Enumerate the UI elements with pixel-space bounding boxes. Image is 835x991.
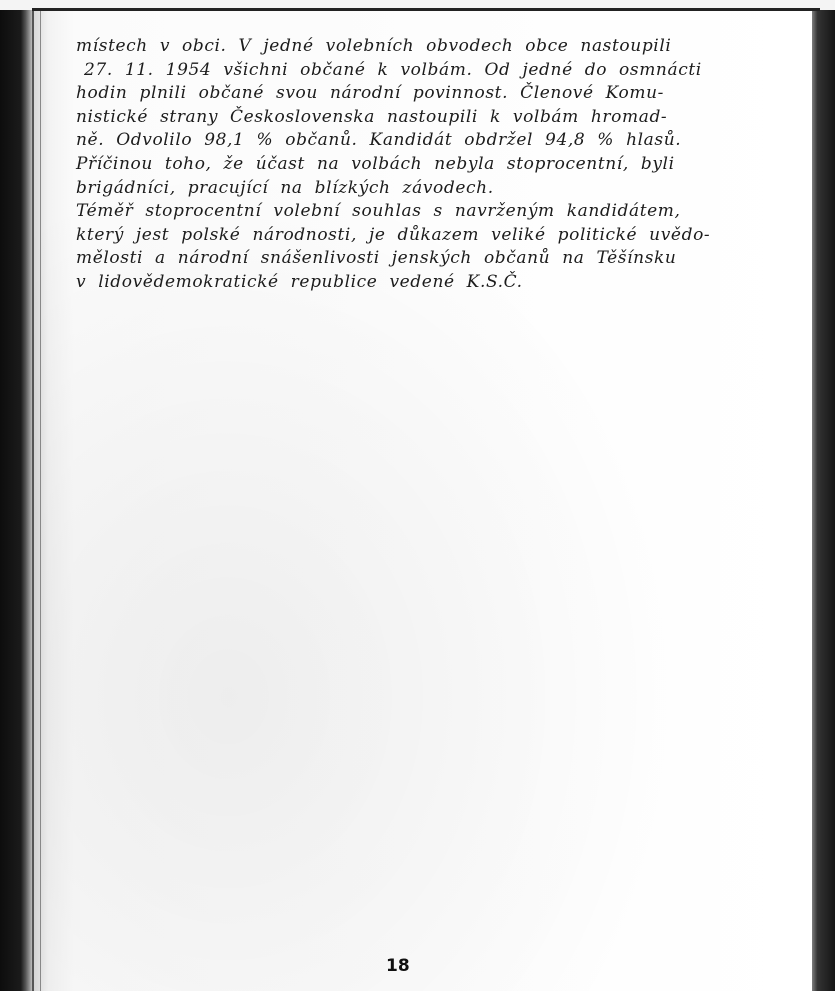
text-line: v lidovědemokratické republice vedené K.…: [76, 271, 776, 295]
book-binding-shadow: [0, 10, 32, 991]
handwritten-text: místech v obci. V jedné volebních obvode…: [76, 35, 776, 295]
notebook-page: místech v obci. V jedné volebních obvode…: [32, 11, 812, 991]
text-line: Příčinou toho, že účast na volbách nebyl…: [76, 153, 776, 177]
text-line: hodin plnili občané svou národní povinno…: [76, 82, 776, 106]
page-number: 18: [386, 956, 410, 976]
scanned-page-frame: místech v obci. V jedné volebních obvode…: [0, 0, 835, 991]
text-line: nistické strany Československa nastoupil…: [76, 106, 776, 130]
text-line: ně. Odvolilo 98,1 % občanů. Kandidát obd…: [76, 129, 776, 153]
text-line: místech v obci. V jedné volebních obvode…: [76, 35, 776, 59]
text-line: 27. 11. 1954 všichni občané k volbám. Od…: [76, 59, 776, 83]
text-line: mělosti a národní snášenlivosti jenských…: [76, 247, 776, 271]
page-right-shadow: [810, 10, 835, 991]
text-line: Téměř stoprocentní volební souhlas s nav…: [76, 200, 776, 224]
text-line: brigádníci, pracující na blízkých závode…: [76, 177, 776, 201]
text-line: který jest polské národnosti, je důkazem…: [76, 224, 776, 248]
